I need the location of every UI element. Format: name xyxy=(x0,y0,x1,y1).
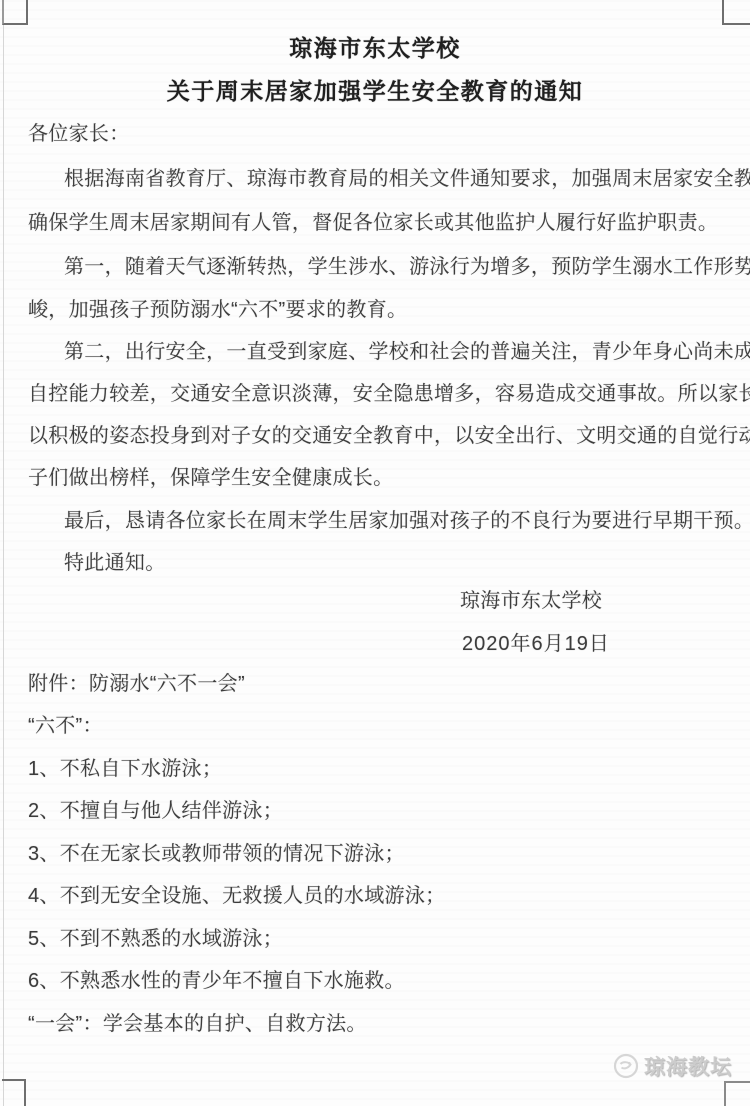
six-nos-item-6: 6、不熟悉水性的青少年不擅自下水施救。 xyxy=(28,964,405,993)
frame-corner-bottom-left xyxy=(2,1079,26,1106)
signature-date: 2020年6月19日 xyxy=(462,627,610,656)
scanned-notice-page: 琼海市东太学校 关于周末居家加强学生安全教育的通知 各位家长： 根据海南省教育厅… xyxy=(0,0,750,1106)
closing-line: 特此通知。 xyxy=(64,546,166,575)
page-left-border-line xyxy=(3,0,4,1106)
salutation: 各位家长： xyxy=(28,117,130,146)
paragraph3-line3: 以积极的姿态投身到对子女的交通安全教育中，以安全出行、文明交通的自觉行动为孩 xyxy=(28,419,750,448)
notice-title: 关于周末居家加强学生安全教育的通知 xyxy=(0,73,750,106)
paragraph1-line1: 根据海南省教育厅、琼海市教育局的相关文件通知要求，加强周末居家安全教育， xyxy=(64,162,750,191)
six-nos-item-5: 5、不到不熟悉的水域游泳； xyxy=(28,922,283,951)
paragraph2-line2: 峻，加强孩子预防溺水“六不”要求的教育。 xyxy=(28,293,407,322)
paragraph3-line1: 第二，出行安全，一直受到家庭、学校和社会的普遍关注，青少年身心尚未成熟， xyxy=(64,335,750,364)
six-nos-item-3: 3、不在无家长或教师带领的情况下游泳； xyxy=(28,837,405,866)
six-nos-item-1: 1、不私自下水游泳； xyxy=(28,752,222,781)
frame-corner-bottom-right xyxy=(724,1081,750,1106)
watermark-text: 琼海教坛 xyxy=(644,1051,732,1081)
paragraph3-line4: 子们做出榜样，保障学生安全健康成长。 xyxy=(28,461,393,490)
paragraph2-line1: 第一，随着天气逐渐转热，学生涉水、游泳行为增多，预防学生溺水工作形势严 xyxy=(64,250,750,279)
round-logo-icon xyxy=(613,1053,639,1079)
paragraph3-line2: 自控能力较差，交通安全意识淡薄，安全隐患增多，容易造成交通事故。所以家长们要 xyxy=(28,377,750,406)
signature-school-name: 琼海市东太学校 xyxy=(460,584,602,613)
one-know-line: “一会”：学会基本的自护、自救方法。 xyxy=(28,1007,367,1036)
school-name-heading: 琼海市东太学校 xyxy=(0,30,750,63)
frame-corner-top-left xyxy=(2,0,28,25)
six-nos-label: “六不”： xyxy=(28,709,103,738)
publisher-watermark: 琼海教坛 xyxy=(613,1051,732,1081)
six-nos-item-4: 4、不到无安全设施、无救援人员的水域游泳； xyxy=(28,879,445,908)
frame-corner-top-right xyxy=(722,0,750,25)
paragraph4: 最后，恳请各位家长在周末学生居家加强对孩子的不良行为要进行早期干预。 xyxy=(64,504,750,533)
six-nos-item-2: 2、不擅自与他人结伴游泳； xyxy=(28,794,283,823)
attachment-heading: 附件：防溺水“六不一会” xyxy=(28,667,245,696)
paragraph1-line2: 确保学生周末居家期间有人管，督促各位家长或其他监护人履行好监护职责。 xyxy=(28,206,718,235)
